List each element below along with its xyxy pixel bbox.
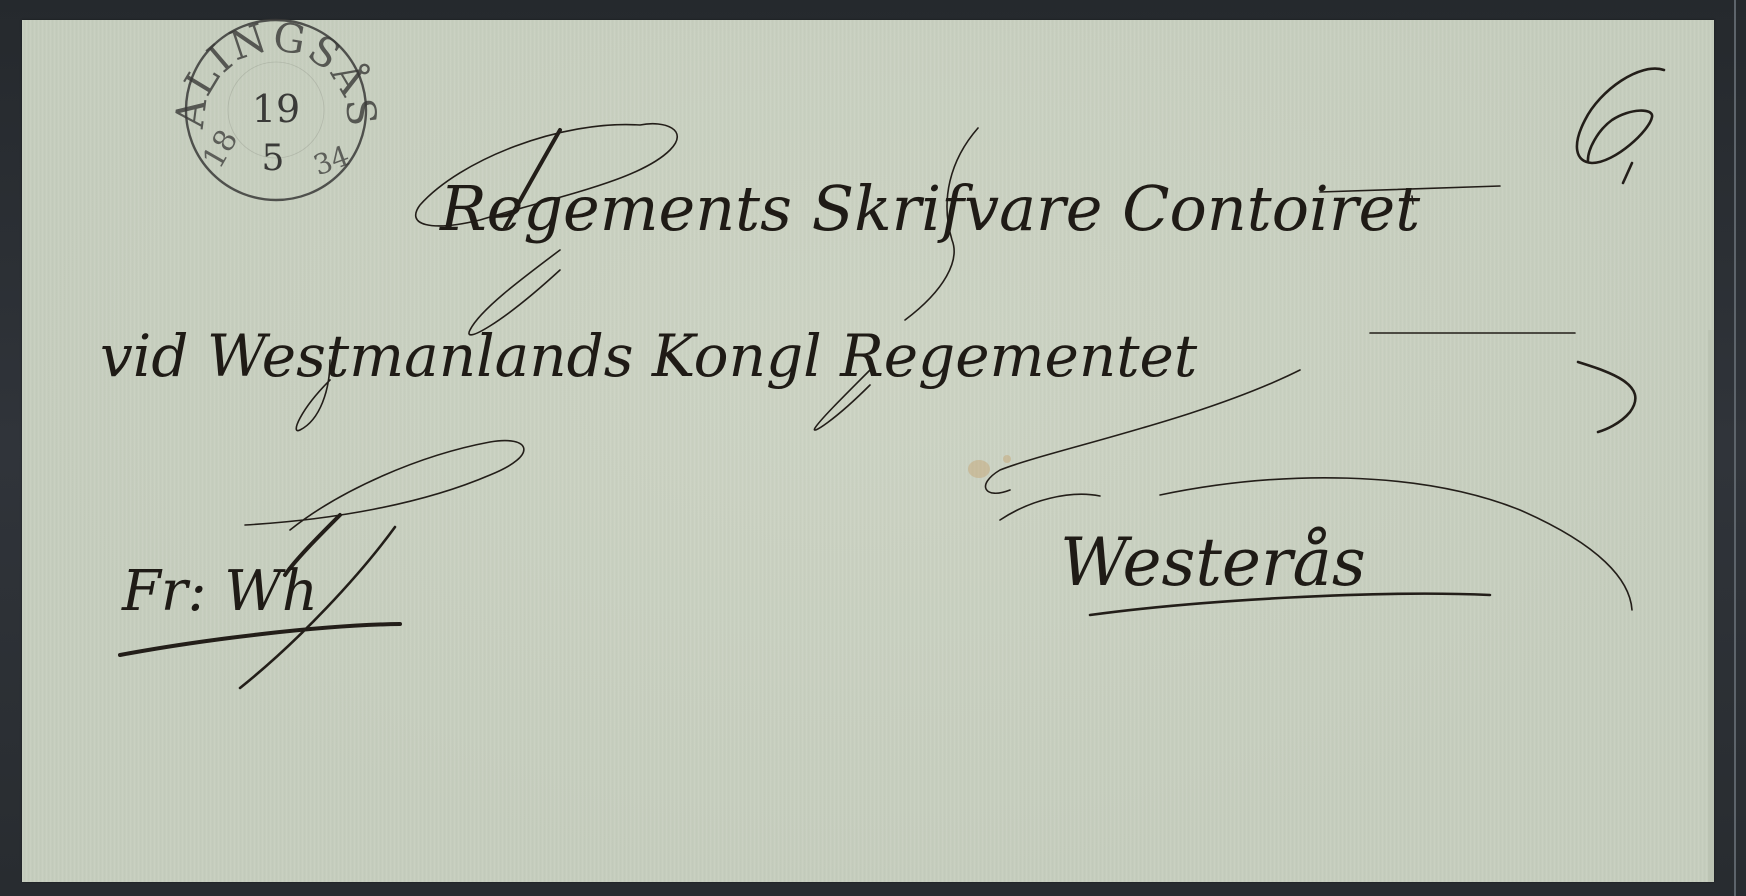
address-line1: Regements Skrifvare Contoiret: [439, 172, 1420, 245]
destination: Westerås: [1060, 524, 1366, 601]
franking-note-text: Fr: Wh: [121, 559, 318, 624]
postmark-month: 5: [262, 138, 285, 179]
postmark-year-right: 34: [309, 139, 354, 182]
ink-layer: ALINGSÅS 19 5 18 34 Regements Skrifvare …: [0, 0, 1746, 896]
postmark-year-left: 18: [196, 124, 245, 175]
postmark-day: 19: [252, 87, 300, 131]
address-line2: vid Westmanlands Kongl Regementet: [100, 322, 1198, 390]
rate-marking: [1577, 69, 1664, 183]
postmark: ALINGSÅS 19 5 18 34: [167, 14, 385, 200]
